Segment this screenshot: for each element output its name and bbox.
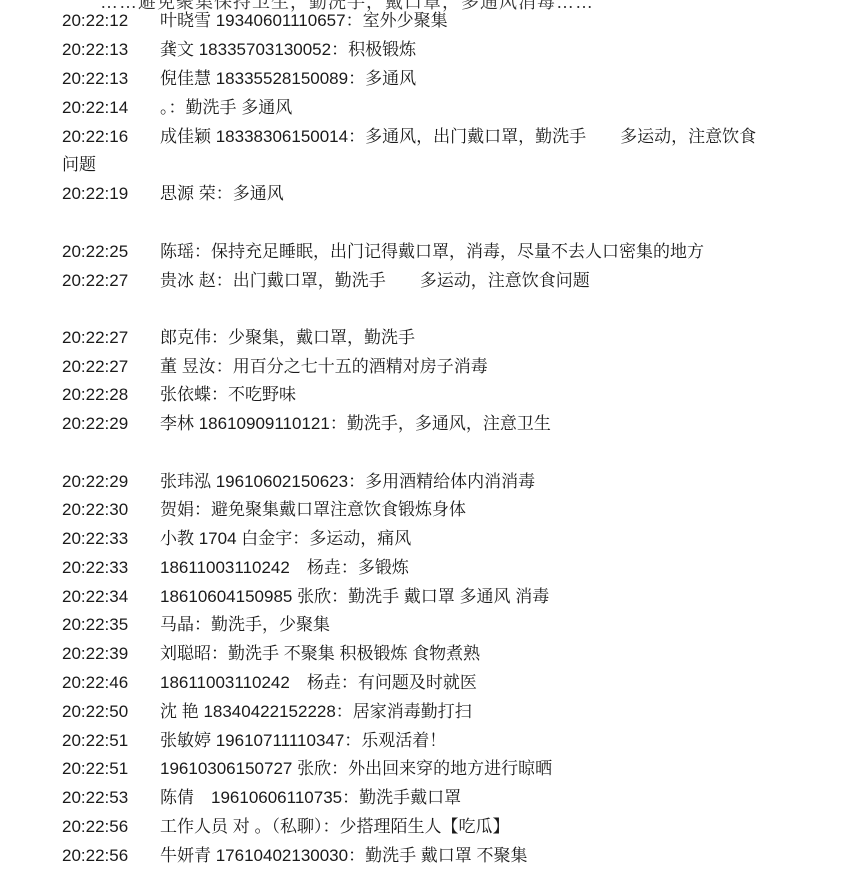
message-text: 。：勤洗手 多通风 xyxy=(160,98,292,117)
timestamp: 20:22:19 xyxy=(62,183,160,205)
timestamp: 20:22:51 xyxy=(62,758,160,780)
message-text: 陈倩 19610606110735：勤洗手戴口罩 xyxy=(160,788,461,807)
message-row: 20:22:29张玮泓 19610602150623：多用酒精给体内消消毒 xyxy=(62,471,535,493)
message-row: 20:22:12叶晓雪 19340601110657：室外少聚集 xyxy=(62,10,448,32)
timestamp: 20:22:53 xyxy=(62,787,160,809)
timestamp: 20:22:29 xyxy=(62,471,160,493)
timestamp: 20:22:12 xyxy=(62,10,160,32)
timestamp: 20:22:28 xyxy=(62,384,160,406)
message-row: 20:22:27郎克伟：少聚集，戴口罩，勤洗手 xyxy=(62,327,415,349)
message-row: 20:22:25陈瑶：保持充足睡眠，出门记得戴口罩，消毒，尽量不去人口密集的地方 xyxy=(62,241,704,263)
message-text: 张玮泓 19610602150623：多用酒精给体内消消毒 xyxy=(160,472,535,491)
message-row: 20:22:29李林 18610909110121：勤洗手，多通风，注意卫生 xyxy=(62,413,551,435)
chat-log-document: ……避免聚集保持卫生，勤洗手，戴口罩，多通风消毒…… 20:22:12叶晓雪 1… xyxy=(0,0,866,875)
message-row: 20:22:4618611003110242 杨垚：有问题及时就医 xyxy=(62,672,477,694)
message-row: 20:22:13龚文 18335703130052：积极锻炼 xyxy=(62,39,416,61)
timestamp: 20:22:16 xyxy=(62,126,160,148)
message-row: 20:22:39刘聪昭：勤洗手 不聚集 积极锻炼 食物煮熟 xyxy=(62,643,480,665)
timestamp: 20:22:13 xyxy=(62,39,160,61)
message-row: 20:22:28张依蝶：不吃野味 xyxy=(62,384,296,406)
message-text: 董 昱汝：用百分之七十五的酒精对房子消毒 xyxy=(160,357,488,376)
timestamp: 20:22:25 xyxy=(62,241,160,263)
timestamp: 20:22:50 xyxy=(62,701,160,723)
message-text: 贵冰 赵：出门戴口罩，勤洗手 多运动，注意饮食问题 xyxy=(160,271,590,290)
message-row: 20:22:35马晶：勤洗手，少聚集 xyxy=(62,614,330,636)
timestamp: 20:22:46 xyxy=(62,672,160,694)
message-row: 20:22:13倪佳慧 18335528150089：多通风 xyxy=(62,68,416,90)
message-text: 张依蝶：不吃野味 xyxy=(160,385,296,404)
message-row: 20:22:30贺娟：避免聚集戴口罩注意饮食锻炼身体 xyxy=(62,499,466,521)
message-row: 20:22:5119610306150727 张欣：外出回来穿的地方进行晾晒 xyxy=(62,758,552,780)
timestamp: 20:22:27 xyxy=(62,356,160,378)
timestamp: 20:22:51 xyxy=(62,730,160,752)
timestamp: 20:22:56 xyxy=(62,816,160,838)
timestamp: 20:22:35 xyxy=(62,614,160,636)
message-continuation: 问题 xyxy=(62,154,96,176)
message-row: 20:22:53陈倩 19610606110735：勤洗手戴口罩 xyxy=(62,787,461,809)
timestamp: 20:22:33 xyxy=(62,557,160,579)
message-row: 20:22:27贵冰 赵：出门戴口罩，勤洗手 多运动，注意饮食问题 xyxy=(62,270,590,292)
message-text: 牛妍青 17610402130030：勤洗手 戴口罩 不聚集 xyxy=(160,846,528,865)
message-text: 18611003110242 杨垚：有问题及时就医 xyxy=(160,673,477,692)
message-row: 20:22:56工作人员 对 。（私聊）：少搭理陌生人【吃瓜】 xyxy=(62,816,509,838)
message-text: 叶晓雪 19340601110657：室外少聚集 xyxy=(160,11,448,30)
message-row: 20:22:27董 昱汝：用百分之七十五的酒精对房子消毒 xyxy=(62,356,488,378)
message-text: 李林 18610909110121：勤洗手，多通风，注意卫生 xyxy=(160,414,551,433)
message-text: 龚文 18335703130052：积极锻炼 xyxy=(160,40,416,59)
message-row: 20:22:14。：勤洗手 多通风 xyxy=(62,97,292,119)
message-text: 刘聪昭：勤洗手 不聚集 积极锻炼 食物煮熟 xyxy=(160,644,480,663)
timestamp: 20:22:27 xyxy=(62,327,160,349)
timestamp: 20:22:27 xyxy=(62,270,160,292)
message-row: 20:22:50沈 艳 18340422152228：居家消毒勤打扫 xyxy=(62,701,472,723)
message-row: 20:22:19思源 荣：多通风 xyxy=(62,183,284,205)
message-text: 张敏婷 19610711110347：乐观活着！ xyxy=(160,731,446,750)
message-text: 小教 1704 白金宇：多运动，痛风 xyxy=(160,529,411,548)
message-text: 郎克伟：少聚集，戴口罩，勤洗手 xyxy=(160,328,415,347)
message-text: 倪佳慧 18335528150089：多通风 xyxy=(160,69,416,88)
message-text: 贺娟：避免聚集戴口罩注意饮食锻炼身体 xyxy=(160,500,466,519)
timestamp: 20:22:39 xyxy=(62,643,160,665)
message-row: 20:22:33小教 1704 白金宇：多运动，痛风 xyxy=(62,528,411,550)
message-text: 18611003110242 杨垚：多锻炼 xyxy=(160,558,409,577)
timestamp: 20:22:14 xyxy=(62,97,160,119)
message-text: 18610604150985 张欣：勤洗手 戴口罩 多通风 消毒 xyxy=(160,587,549,606)
timestamp: 20:22:34 xyxy=(62,586,160,608)
message-text: 思源 荣：多通风 xyxy=(160,184,284,203)
timestamp: 20:22:29 xyxy=(62,413,160,435)
message-text: 沈 艳 18340422152228：居家消毒勤打扫 xyxy=(160,702,472,721)
timestamp: 20:22:13 xyxy=(62,68,160,90)
message-text: 陈瑶：保持充足睡眠，出门记得戴口罩，消毒，尽量不去人口密集的地方 xyxy=(160,242,704,261)
message-text: 马晶：勤洗手，少聚集 xyxy=(160,615,330,634)
message-row: 20:22:3418610604150985 张欣：勤洗手 戴口罩 多通风 消毒 xyxy=(62,586,549,608)
timestamp: 20:22:30 xyxy=(62,499,160,521)
message-row: 20:22:16成佳颖 18338306150014：多通风，出门戴口罩，勤洗手… xyxy=(62,126,756,148)
message-text: 19610306150727 张欣：外出回来穿的地方进行晾晒 xyxy=(160,759,552,778)
timestamp: 20:22:33 xyxy=(62,528,160,550)
message-row: 20:22:3318611003110242 杨垚：多锻炼 xyxy=(62,557,409,579)
message-text: 工作人员 对 。（私聊）：少搭理陌生人【吃瓜】 xyxy=(160,817,509,836)
message-text: 成佳颖 18338306150014：多通风，出门戴口罩，勤洗手 多运动，注意饮… xyxy=(160,127,756,146)
message-row: 20:22:51张敏婷 19610711110347：乐观活着！ xyxy=(62,730,446,752)
message-row: 20:22:56牛妍青 17610402130030：勤洗手 戴口罩 不聚集 xyxy=(62,845,528,867)
timestamp: 20:22:56 xyxy=(62,845,160,867)
